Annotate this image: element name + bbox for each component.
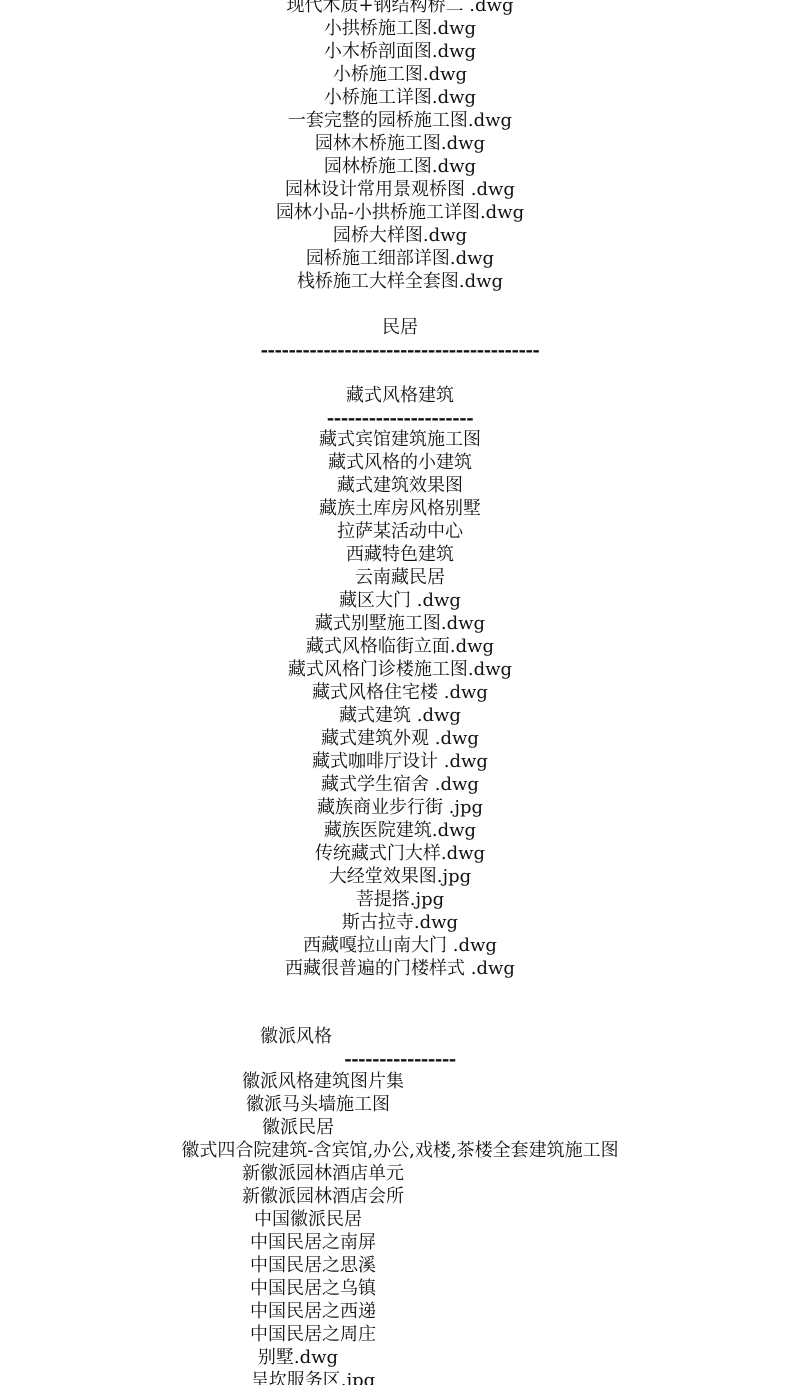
list-item: 园林木桥施工图.dwg xyxy=(0,132,800,155)
list-item: 小拱桥施工图.dwg xyxy=(0,17,800,40)
list-item: 西藏嘎拉山南大门 .dwg xyxy=(0,934,800,957)
list-item: 新徽派园林酒店单元 xyxy=(0,1162,723,1185)
list-item: 中国民居之周庄 xyxy=(0,1323,713,1346)
list-item: 菩提搭.jpg xyxy=(0,888,800,911)
list-item: 藏式风格的小建筑 xyxy=(0,451,800,474)
list-item: 徽派风格建筑图片集 xyxy=(0,1070,723,1093)
list-item: 中国徽派民居 xyxy=(0,1208,708,1231)
file-name: 小桥施工详图.dwg xyxy=(324,86,476,109)
file-name: 园林设计常用景观桥图 .dwg xyxy=(285,178,515,201)
list-item: 藏式风格门诊楼施工图.dwg xyxy=(0,658,800,681)
list-item: 小木桥剖面图.dwg xyxy=(0,40,800,63)
list-item: 藏式建筑 .dwg xyxy=(0,704,800,727)
file-name: 小木桥剖面图.dwg xyxy=(324,40,476,63)
divider: --------------------- xyxy=(0,407,800,430)
file-name: 园桥施工细部详图.dwg xyxy=(306,247,494,270)
list-item: 藏式学生宿舍 .dwg xyxy=(0,773,800,796)
list-item: 藏式风格临街立面.dwg xyxy=(0,635,800,658)
divider: ---------------------------------------- xyxy=(0,339,800,362)
list-item: 徽派民居 xyxy=(0,1116,698,1139)
list-item: 大经堂效果图.jpg xyxy=(0,865,800,888)
list-item: 藏区大门 .dwg xyxy=(0,589,800,612)
list-item: 藏族土库房风格别墅 xyxy=(0,497,800,520)
list-item: 中国民居之思溪 xyxy=(0,1254,713,1277)
file-name: 栈桥施工大样全套图.dwg xyxy=(297,270,503,293)
list-item: 藏式建筑效果图 xyxy=(0,474,800,497)
section-heading-hui: 徽派风格 xyxy=(0,1025,696,1048)
file-name: 小桥施工图.dwg xyxy=(333,63,467,86)
list-item: 一套完整的园桥施工图.dwg xyxy=(0,109,800,132)
file-name: 小拱桥施工图.dwg xyxy=(324,17,476,40)
list-item: 别墅.dwg xyxy=(0,1346,698,1369)
list-item: 藏式风格住宅楼 .dwg xyxy=(0,681,800,704)
list-item: 现代木质+钢结构桥二 .dwg xyxy=(0,0,800,17)
list-item: 藏式别墅施工图.dwg xyxy=(0,612,800,635)
list-item: 小桥施工详图.dwg xyxy=(0,86,800,109)
list-item: 园林桥施工图.dwg xyxy=(0,155,800,178)
section-heading-residence: 民居 xyxy=(0,316,800,339)
list-item: 园桥施工细部详图.dwg xyxy=(0,247,800,270)
file-name: 园林桥施工图.dwg xyxy=(324,155,476,178)
list-item: 藏族商业步行街 .jpg xyxy=(0,796,800,819)
section-heading-tibetan: 藏式风格建筑 xyxy=(0,384,800,407)
list-item: 斯古拉寺.dwg xyxy=(0,911,800,934)
list-item: 新徽派园林酒店会所 xyxy=(0,1185,723,1208)
list-item: 西藏特色建筑 xyxy=(0,543,800,566)
file-name: 园桥大样图.dwg xyxy=(333,224,467,247)
list-item: 园林小品-小拱桥施工详图.dwg xyxy=(0,201,800,224)
divider: ---------------- xyxy=(0,1048,800,1071)
list-item: 藏式宾馆建筑施工图 xyxy=(0,428,800,451)
file-name: 园林小品-小拱桥施工详图.dwg xyxy=(276,201,524,224)
list-item: 云南藏民居 xyxy=(0,566,800,589)
list-item: 藏族医院建筑.dwg xyxy=(0,819,800,842)
file-name: 一套完整的园桥施工图.dwg xyxy=(288,109,512,132)
list-item: 藏式咖啡厅设计 .dwg xyxy=(0,750,800,773)
list-item: 西藏很普遍的门楼样式 .dwg xyxy=(0,957,800,980)
list-item: 徽派马头墙施工图 xyxy=(0,1093,718,1116)
list-item: 中国民居之西递 xyxy=(0,1300,713,1323)
list-item: 传统藏式门大样.dwg xyxy=(0,842,800,865)
list-item: 藏式建筑外观 .dwg xyxy=(0,727,800,750)
list-item: 栈桥施工大样全套图.dwg xyxy=(0,270,800,293)
list-item: 拉萨某活动中心 xyxy=(0,520,800,543)
list-item: 小桥施工图.dwg xyxy=(0,63,800,86)
list-item: 中国民居之乌镇 xyxy=(0,1277,713,1300)
list-item: 呈坎服务区.jpg xyxy=(0,1369,713,1385)
list-item: 中国民居之南屏 xyxy=(0,1231,713,1254)
file-name: 现代木质+钢结构桥二 .dwg xyxy=(287,0,514,17)
file-name: 园林木桥施工图.dwg xyxy=(315,132,485,155)
list-item: 园桥大样图.dwg xyxy=(0,224,800,247)
list-item: 园林设计常用景观桥图 .dwg xyxy=(0,178,800,201)
list-item: 徽式四合院建筑-含宾馆,办公,戏楼,茶楼全套建筑施工图 xyxy=(0,1139,800,1162)
